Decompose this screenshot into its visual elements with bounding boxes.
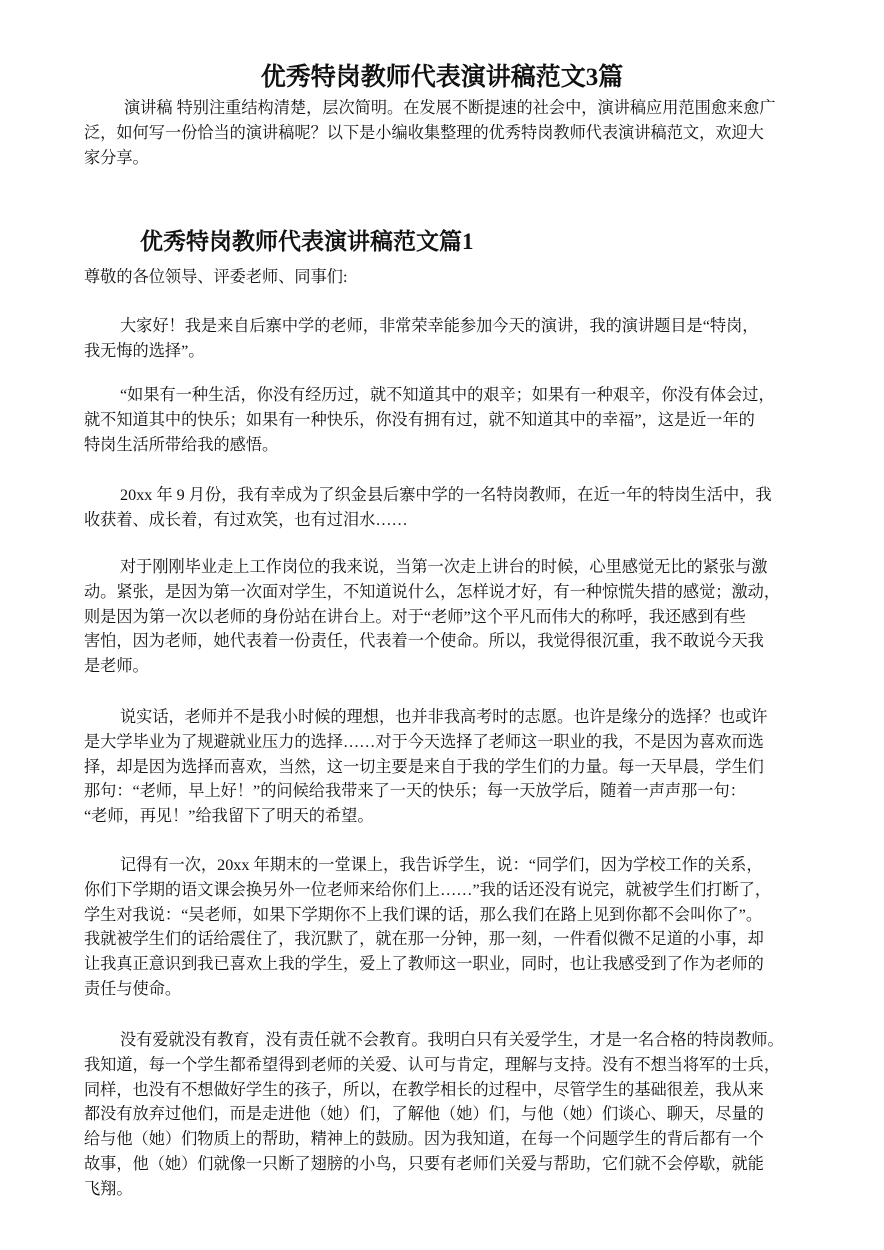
text-line: 记得有一次，20xx 年期末的一堂课上，我告诉学生，说：“同学们，因为学校工作的…	[84, 853, 884, 878]
salutation: 尊敬的各位领导、评委老师、同事们:	[84, 265, 884, 290]
text-line: 尊敬的各位领导、评委老师、同事们:	[84, 265, 884, 290]
text-line: 家分享。	[84, 146, 884, 171]
document-title: 优秀特岗教师代表演讲稿范文3篇	[0, 58, 884, 98]
text-line: 同样，也没有不想做好学生的孩子，所以，在教学相长的过程中，尽管学生的基础很差，我…	[84, 1078, 884, 1103]
text-line: 我知道，每一个学生都希望得到老师的关爱、认可与肯定，理解与支持。没有不想当将军的…	[84, 1053, 884, 1078]
text-line: 动。紧张，是因为第一次面对学生，不知道说什么，怎样说才好，有一种惊慌失措的感觉；…	[84, 580, 884, 605]
body-paragraph: 大家好！我是来自后寨中学的老师，非常荣幸能参加今天的演讲，我的演讲题目是“特岗，…	[84, 314, 884, 364]
body-paragraph: 记得有一次，20xx 年期末的一堂课上，我告诉学生，说：“同学们，因为学校工作的…	[84, 853, 884, 1002]
text-line: 学生对我说：“吴老师，如果下学期你不上我们课的话，那么我们在路上见到你都不会叫你…	[84, 903, 884, 928]
text-line: 让我真正意识到我已喜欢上我的学生，爱上了教师这一职业，同时，也让我感受到了作为老…	[84, 952, 884, 977]
text-line: 20xx 年 9 月份，我有幸成为了织金县后寨中学的一名特岗教师，在近一年的特岗…	[84, 483, 884, 508]
text-line: 则是因为第一次以老师的身份站在讲台上。对于“老师”这个平凡而伟大的称呼，我还感到…	[84, 605, 884, 630]
text-line: 择，却是因为选择而喜欢，当然，这一切主要是来自于我的学生们的力量。每一天早晨，学…	[84, 755, 884, 780]
text-line: 泛，如何写一份恰当的演讲稿呢？以下是小编收集整理的优秀特岗教师代表演讲稿范文，欢…	[84, 121, 884, 146]
intro-paragraph: 演讲稿 特别注重结构清楚，层次简明。在发展不断提速的社会中，演讲稿应用范围愈来愈…	[84, 96, 884, 170]
text-line: 我无悔的选择”。	[84, 339, 884, 364]
text-line: 说实话，老师并不是我小时候的理想，也并非我高考时的志愿。也许是缘分的选择？也或许	[84, 705, 884, 730]
body-paragraph: “如果有一种生活，你没有经历过，就不知道其中的艰辛；如果有一种艰辛，你没有体会过…	[84, 383, 884, 457]
text-line: 责任与使命。	[84, 977, 884, 1002]
text-line: 那句：“老师，早上好！”的问候给我带来了一天的快乐；每一天放学后，随着一声声那一…	[84, 779, 884, 804]
text-line: “如果有一种生活，你没有经历过，就不知道其中的艰辛；如果有一种艰辛，你没有体会过…	[84, 383, 884, 408]
text-line: 都没有放弃过他们，而是走进他（她）们，了解他（她）们，与他（她）们谈心、聊天，尽…	[84, 1102, 884, 1127]
text-line: 收获着、成长着，有过欢笑，也有过泪水……	[84, 508, 884, 533]
document-page: 优秀特岗教师代表演讲稿范文3篇 演讲稿 特别注重结构清楚，层次简明。在发展不断提…	[0, 0, 884, 1250]
body-paragraph: 说实话，老师并不是我小时候的理想，也并非我高考时的志愿。也许是缘分的选择？也或许…	[84, 705, 884, 829]
body-paragraph: 20xx 年 9 月份，我有幸成为了织金县后寨中学的一名特岗教师，在近一年的特岗…	[84, 483, 884, 533]
text-line: 是老师。	[84, 654, 884, 679]
text-line: 大家好！我是来自后寨中学的老师，非常荣幸能参加今天的演讲，我的演讲题目是“特岗，	[84, 314, 884, 339]
text-line: 给与他（她）们物质上的帮助，精神上的鼓励。因为我知道，在每一个问题学生的背后都有…	[84, 1127, 884, 1152]
text-line: 是大学毕业为了规避就业压力的选择……对于今天选择了老师这一职业的我，不是因为喜欢…	[84, 730, 884, 755]
text-line: 对于刚刚毕业走上工作岗位的我来说，当第一次走上讲台的时候，心里感觉无比的紧张与激	[84, 555, 884, 580]
text-line: 飞翔。	[84, 1177, 884, 1202]
text-line: 害怕，因为老师，她代表着一份责任，代表着一个使命。所以，我觉得很沉重，我不敢说今…	[84, 629, 884, 654]
text-line: 特岗生活所带给我的感悟。	[84, 433, 884, 458]
text-line: 我就被学生们的话给震住了，我沉默了，就在那一分钟，那一刻，一件看似微不足道的小事…	[84, 927, 884, 952]
text-line: 你们下学期的语文课会换另外一位老师来给你们上……”我的话还没有说完，就被学生们打…	[84, 878, 884, 903]
text-line: 故事，他（她）们就像一只断了翅膀的小鸟，只要有老师们关爱与帮助，它们就不会停歇，…	[84, 1152, 884, 1177]
text-line: 没有爱就没有教育，没有责任就不会教育。我明白只有关爱学生，才是一名合格的特岗教师…	[84, 1028, 884, 1053]
text-line: 就不知道其中的快乐；如果有一种快乐，你没有拥有过，就不知道其中的幸福”，这是近一…	[84, 408, 884, 433]
body-paragraph: 对于刚刚毕业走上工作岗位的我来说，当第一次走上讲台的时候，心里感觉无比的紧张与激…	[84, 555, 884, 679]
text-line: “老师，再见！”给我留下了明天的希望。	[84, 804, 884, 829]
body-paragraph: 没有爱就没有教育，没有责任就不会教育。我明白只有关爱学生，才是一名合格的特岗教师…	[84, 1028, 884, 1202]
text-line: 演讲稿 特别注重结构清楚，层次简明。在发展不断提速的社会中，演讲稿应用范围愈来愈…	[84, 96, 884, 121]
section-title: 优秀特岗教师代表演讲稿范文篇1	[140, 222, 474, 262]
